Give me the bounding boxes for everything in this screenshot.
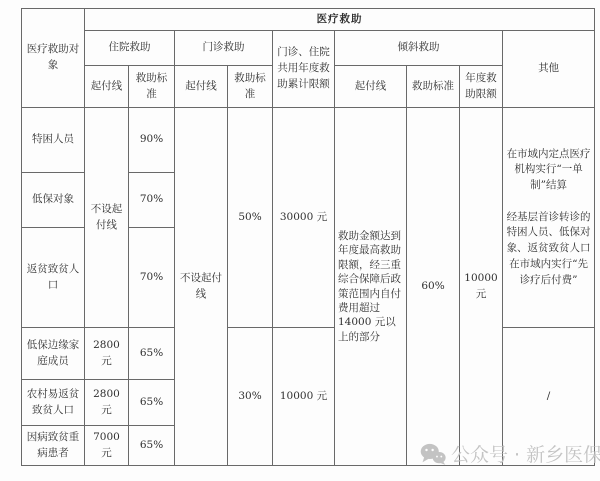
sub-header-tilt-annual-cap: 年度救助限额 (460, 66, 503, 108)
cell-inpatient-rate-r3: 70% (129, 228, 175, 328)
wechat-icon (420, 443, 446, 465)
cell-combined-cap-bottom: 10000 元 (273, 328, 335, 466)
watermark: 公众号 · 新乡医保 (420, 440, 600, 467)
cell-tilt-deductible-note: 救助金额达到年度最高救助限额，经三重综合保障后政策范围内自付费用超过14000 … (335, 108, 407, 466)
medical-assistance-policy-table-page: 医疗救助对象 医疗救助 住院救助 门诊救助 门诊、住院共用年度救助累计限额 倾斜… (0, 0, 600, 481)
other-note-paragraph-1: 在市域内定点医疗机构实行“一单制”结算 (506, 147, 591, 194)
cell-outpatient-rate-bottom: 30% (228, 328, 273, 466)
row-label-marginal-family: 低保边缘家庭成员 (22, 328, 85, 380)
cell-outpatient-rate-top: 50% (228, 108, 273, 328)
other-note-paragraph-2: 经基层首诊转诊的特困人员、低保对象、返贫致贫人口在市域内实行“先诊疗后付费” (506, 210, 591, 289)
cell-tilt-rate: 60% (407, 108, 460, 466)
row-label-returned-to-poverty: 返贫致贫人口 (22, 228, 85, 328)
group-header-combined-annual-cap: 门诊、住院共用年度救助累计限额 (273, 31, 335, 108)
cell-outpatient-deductible-none: 不设起付线 (175, 108, 228, 466)
group-header-outpatient: 门诊救助 (175, 31, 273, 66)
sub-header-tilt-rate: 救助标准 (407, 66, 460, 108)
watermark-label: 公众号 · 新乡医保 (451, 440, 600, 467)
cell-inpatient-deductible-r5: 2800 元 (85, 380, 129, 426)
row-label-destitute: 特困人员 (22, 108, 85, 173)
sub-header-outpatient-rate: 救助标准 (228, 66, 273, 108)
group-header-other: 其他 (503, 31, 595, 108)
group-header-inpatient: 住院救助 (85, 31, 175, 66)
cell-inpatient-deductible-r6: 7000 元 (85, 426, 129, 466)
cell-inpatient-rate-r6: 65% (129, 426, 175, 466)
medical-assistance-table: 医疗救助对象 医疗救助 住院救助 门诊救助 门诊、住院共用年度救助累计限额 倾斜… (21, 8, 595, 466)
cell-other-settlement-note: 在市域内定点医疗机构实行“一单制”结算 经基层首诊转诊的特困人员、低保对象、返贫… (503, 108, 595, 328)
corner-header-target-column: 医疗救助对象 (22, 9, 85, 108)
cell-combined-cap-top: 30000 元 (273, 108, 335, 328)
row-label-rural-at-risk: 农村易返贫 致贫人口 (22, 380, 85, 426)
group-header-tilted-assistance: 倾斜救助 (335, 31, 503, 66)
sub-header-inpatient-rate: 救助标准 (129, 66, 175, 108)
sub-header-outpatient-deductible: 起付线 (175, 66, 228, 108)
sub-header-tilt-deductible: 起付线 (335, 66, 407, 108)
cell-tilt-annual-cap: 10000 元 (460, 108, 503, 466)
cell-inpatient-rate-r5: 65% (129, 380, 175, 426)
row-label-subsistence-allowance: 低保对象 (22, 173, 85, 228)
cell-inpatient-rate-r4: 65% (129, 328, 175, 380)
row-label-illness-induced-poverty: 因病致贫重病患者 (22, 426, 85, 466)
sub-header-inpatient-deductible: 起付线 (85, 66, 129, 108)
cell-inpatient-rate-r2: 70% (129, 173, 175, 228)
cell-inpatient-rate-r1: 90% (129, 108, 175, 173)
cell-inpatient-deductible-r4: 2800 元 (85, 328, 129, 380)
banner-medical-assistance: 医疗救助 (85, 9, 595, 31)
cell-inpatient-deductible-none: 不设起付线 (85, 108, 129, 328)
